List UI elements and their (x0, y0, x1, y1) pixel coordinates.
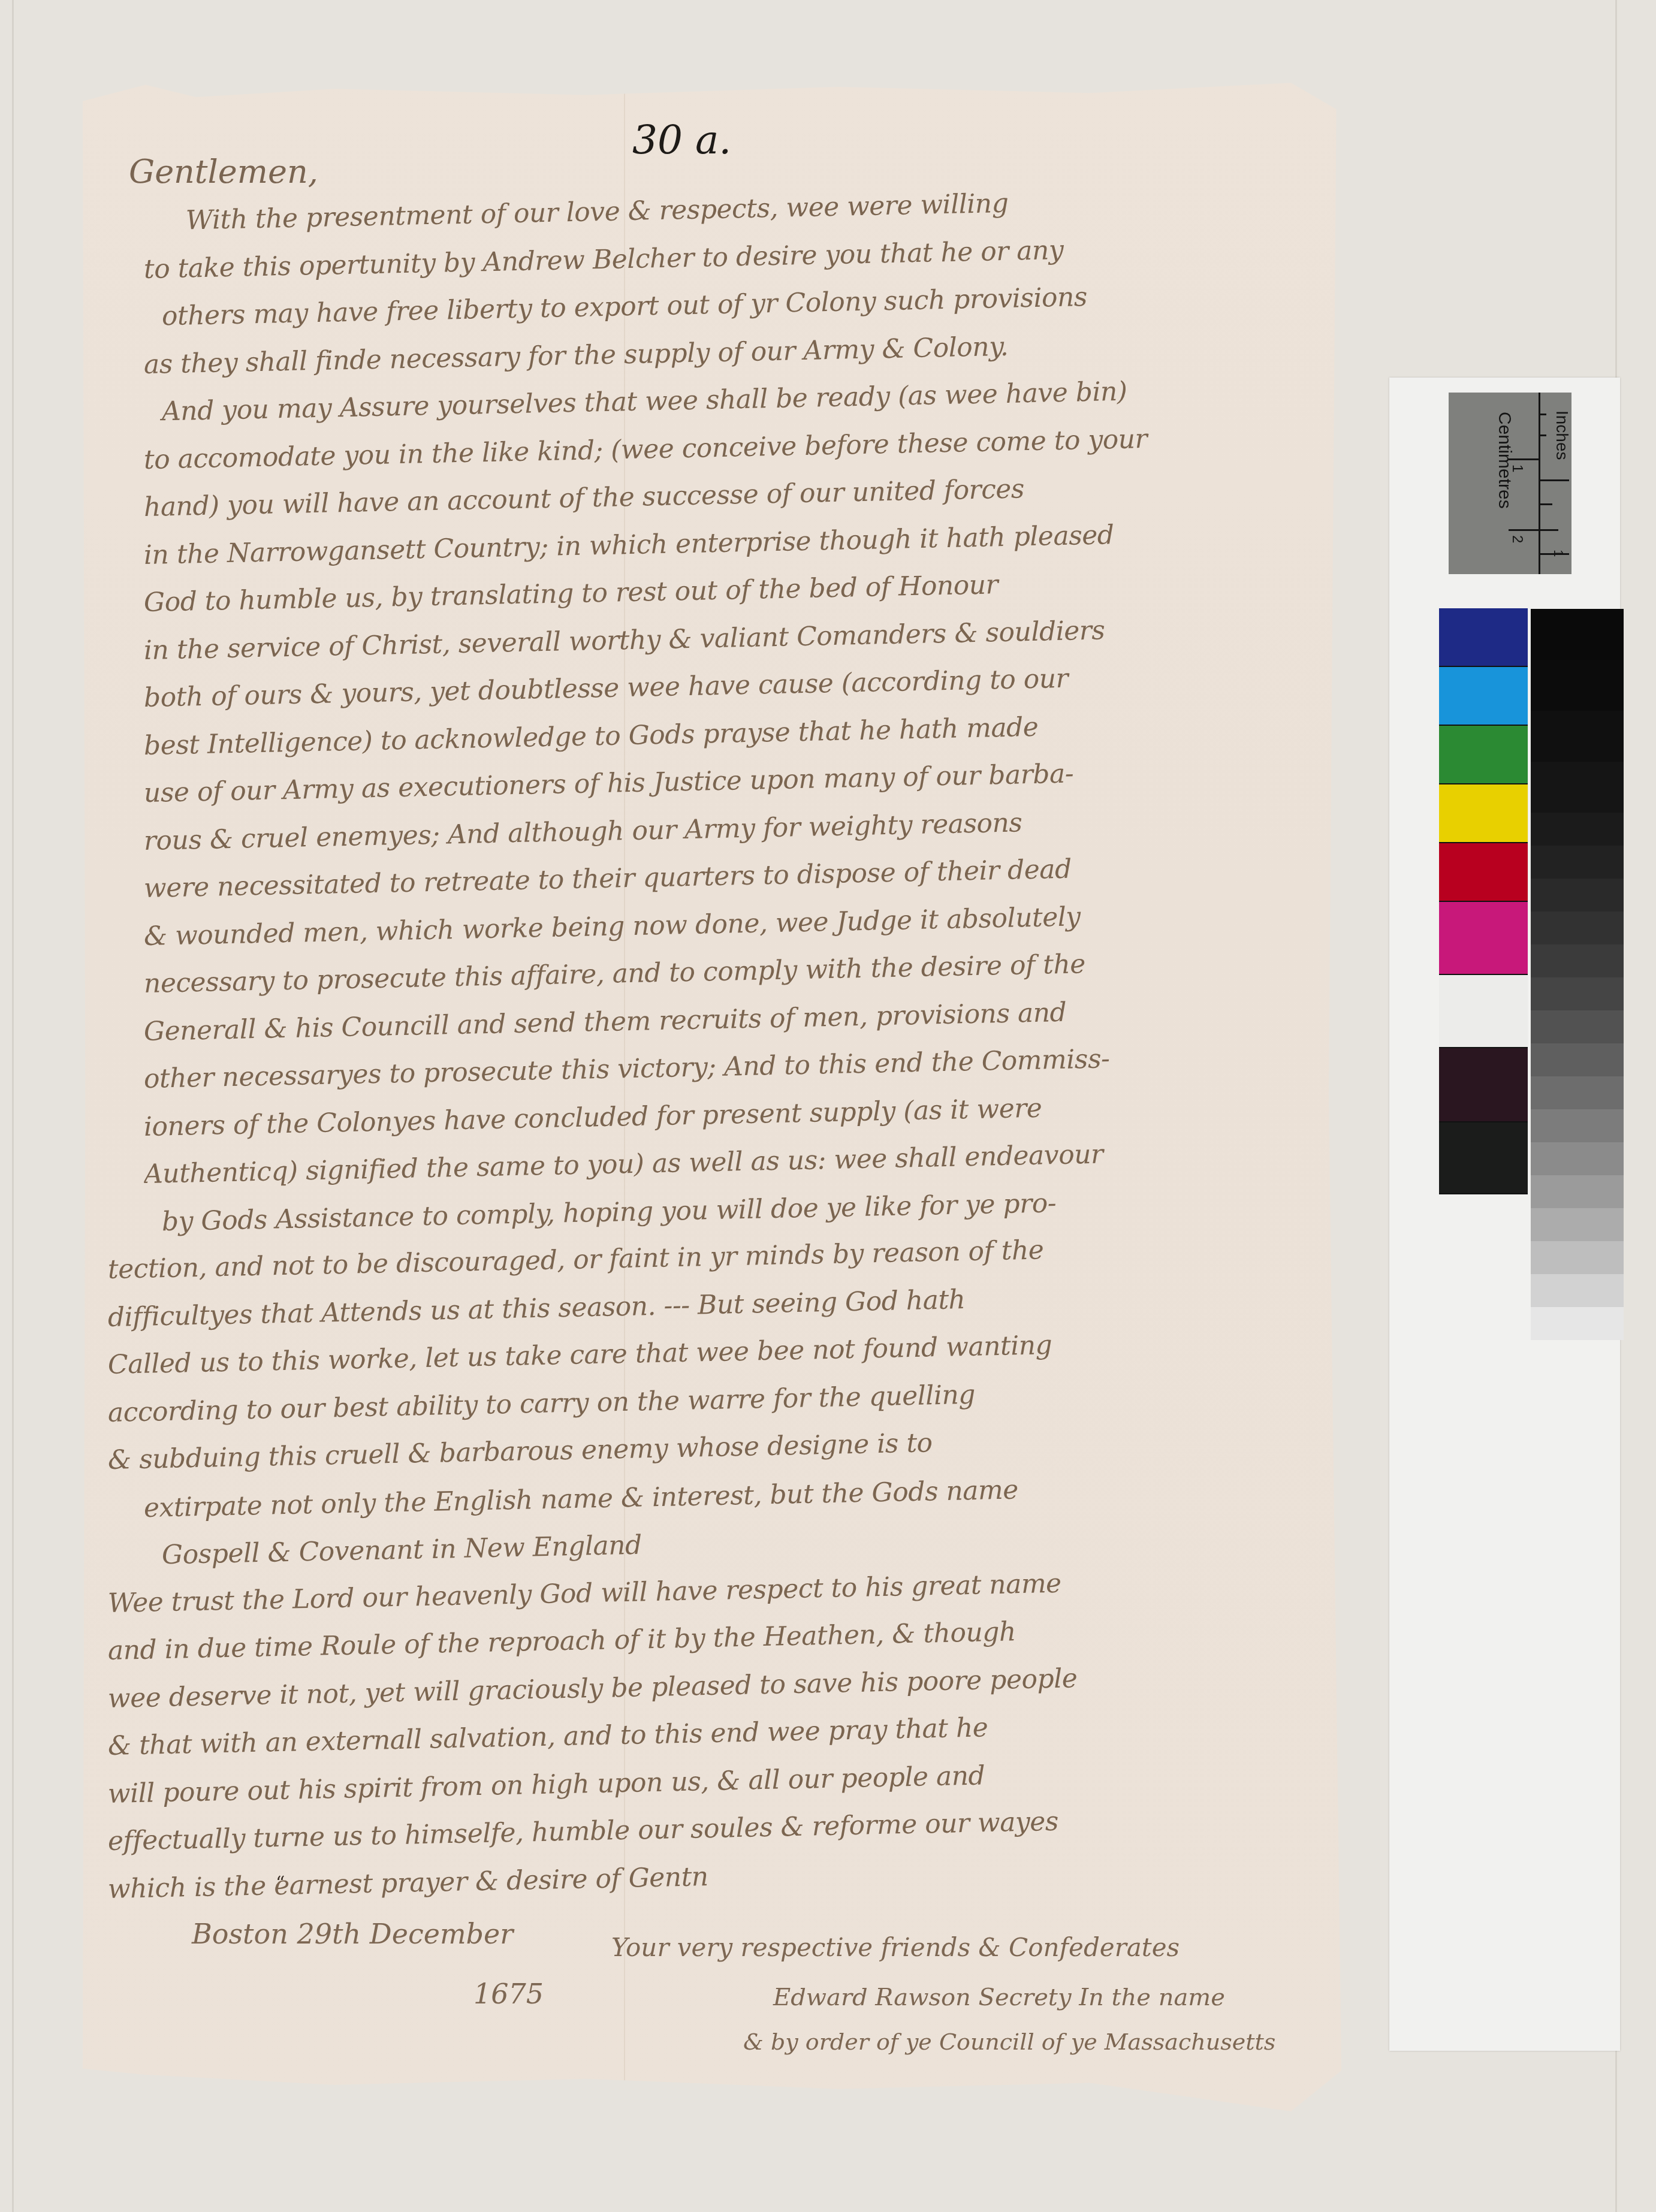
grayscale-step (1531, 813, 1624, 846)
color-swatch-magenta (1439, 902, 1528, 975)
grayscale-step (1531, 1010, 1624, 1043)
ruler-tick (1540, 503, 1552, 505)
color-swatch-column (1439, 608, 1528, 1194)
cm-tick-2: 2 (1509, 535, 1525, 543)
ruler-baseline (1539, 393, 1540, 574)
grayscale-step (1531, 1208, 1624, 1241)
grayscale-step (1531, 944, 1624, 977)
color-swatch-yellow (1439, 784, 1528, 843)
grayscale-step (1531, 1175, 1624, 1208)
color-swatch-blue (1439, 608, 1528, 667)
mount-edge-left (12, 0, 14, 2212)
letter-body: With the presentment of our love & respe… (144, 198, 1349, 1913)
ruler-tick (1509, 529, 1539, 531)
grayscale-step (1531, 711, 1624, 762)
grayscale-step (1531, 846, 1624, 879)
dateline-year: 1675 (473, 1978, 544, 2010)
grayscale-step (1531, 1241, 1624, 1274)
ruler-tick (1540, 529, 1558, 531)
color-swatch-dark-brown (1439, 1048, 1528, 1122)
grayscale-step (1531, 912, 1624, 944)
cm-tick-1: 1 (1509, 464, 1525, 472)
marginal-mark: “ (276, 1873, 285, 1894)
grayscale-step (1531, 1274, 1624, 1307)
color-swatch-cyan (1439, 667, 1528, 726)
inches-label: Inches (1552, 411, 1571, 460)
signature-signer: Edward Rawson Secrety In the name (773, 1984, 1225, 2011)
color-swatch-white (1439, 975, 1528, 1048)
grayscale-step (1531, 977, 1624, 1010)
grayscale-step (1531, 609, 1624, 660)
grayscale-step (1531, 1076, 1624, 1109)
grayscale-step-column (1531, 609, 1624, 1340)
grayscale-step (1531, 1109, 1624, 1142)
dateline-place-date: Boston 29th December (192, 1918, 513, 1950)
signature-authority: & by order of ye Councill of ye Massachu… (743, 2029, 1275, 2055)
color-swatch-black (1439, 1122, 1528, 1194)
color-swatch-red (1439, 843, 1528, 902)
grayscale-step (1531, 879, 1624, 912)
grayscale-step (1531, 1043, 1624, 1076)
grayscale-step (1531, 660, 1624, 711)
ruler-tick (1540, 414, 1546, 415)
inch-tick-1: 1 (1551, 550, 1566, 557)
grayscale-step (1531, 762, 1624, 813)
ruler-tick (1540, 434, 1546, 436)
grayscale-step (1531, 1142, 1624, 1175)
signature-valediction: Your very respective friends & Confedera… (611, 1933, 1180, 1962)
folio-number: 30 a. (632, 117, 731, 163)
color-swatch-green (1439, 726, 1528, 784)
measurement-ruler: Inches Centimetres 1 2 1 (1449, 393, 1571, 574)
ruler-tick (1540, 479, 1569, 481)
centimetres-label: Centimetres (1494, 412, 1515, 509)
salutation: Gentlemen, (129, 153, 318, 191)
grayscale-step (1531, 1307, 1624, 1340)
